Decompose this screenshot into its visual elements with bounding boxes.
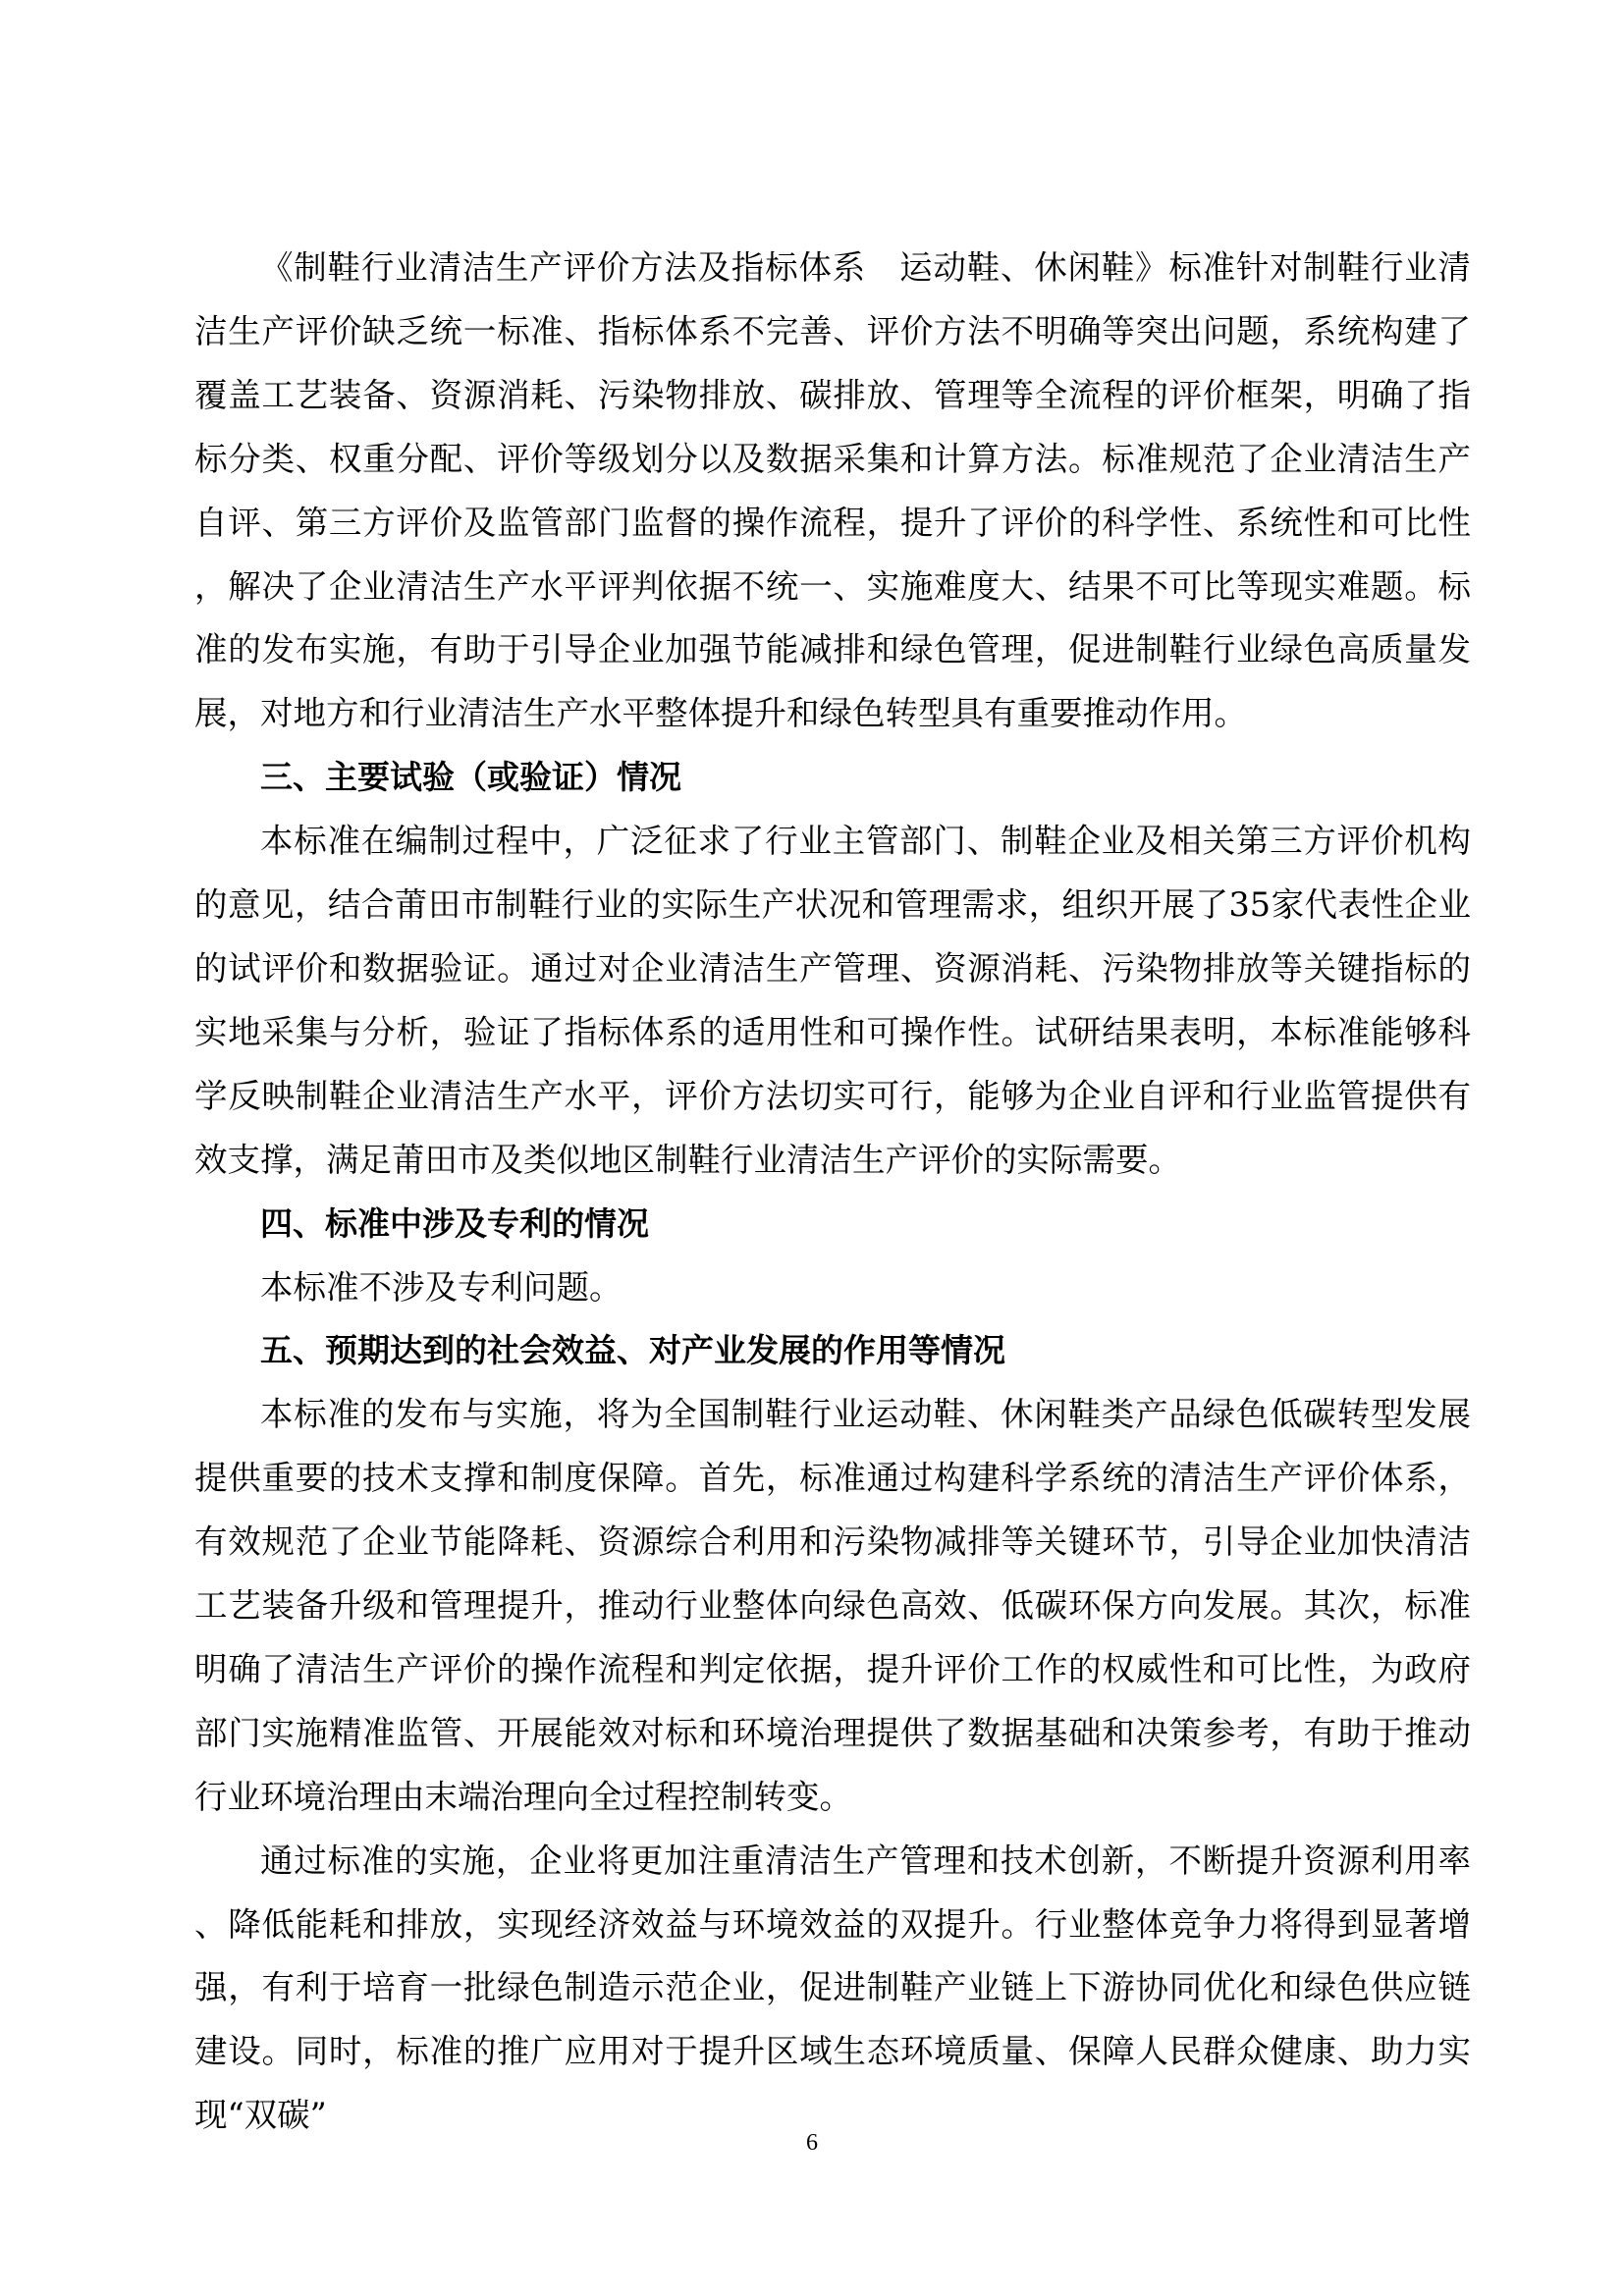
heading-section-3-validation: 三、主要试验（或验证）情况	[194, 746, 1471, 810]
paragraph-validation: 本标准在编制过程中，广泛征求了行业主管部门、制鞋企业及相关第三方评价机构的意见，…	[194, 810, 1471, 1192]
heading-section-4-patents: 四、标准中涉及专利的情况	[194, 1193, 1471, 1256]
document-body: 《制鞋行业清洁生产评价方法及指标体系 运动鞋、休闲鞋》标准针对制鞋行业清洁生产评…	[194, 237, 1471, 2148]
heading-section-5-benefits: 五、预期达到的社会效益、对产业发展的作用等情况	[194, 1319, 1471, 1383]
paragraph-benefits-2: 通过标准的实施，企业将更加注重清洁生产管理和技术创新，不断提升资源利用率、降低能…	[194, 1830, 1471, 2149]
paragraph-patents: 本标准不涉及专利问题。	[194, 1256, 1471, 1320]
page-number: 6	[0, 2128, 1624, 2158]
document-page: 《制鞋行业清洁生产评价方法及指标体系 运动鞋、休闲鞋》标准针对制鞋行业清洁生产评…	[0, 0, 1624, 2296]
paragraph-standard-summary: 《制鞋行业清洁生产评价方法及指标体系 运动鞋、休闲鞋》标准针对制鞋行业清洁生产评…	[194, 237, 1471, 746]
paragraph-benefits-1: 本标准的发布与实施，将为全国制鞋行业运动鞋、休闲鞋类产品绿色低碳转型发展提供重要…	[194, 1383, 1471, 1829]
